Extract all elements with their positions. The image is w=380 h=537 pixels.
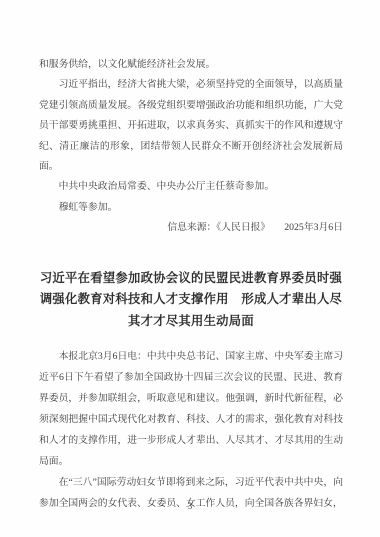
headline-line-3: 其才才尽其用生动局面 (39, 311, 343, 333)
page-number: 3 (0, 501, 380, 511)
article-body-paragraph: 本报北京3月6日电：中共中央总书记、国家主席、中央军委主席习近平6日下午看望了参… (39, 346, 343, 472)
intro-paragraph-continuation: 和服务供给，以文化赋能经济社会发展。 (39, 55, 343, 75)
document-page: 和服务供给，以文化赋能经济社会发展。 习近平指出，经济大省挑大梁，必须坚持党的全… (0, 0, 380, 537)
source-date: 2025年3月6日 (284, 222, 343, 233)
source-label: 信息来源：《人民日报》 (167, 222, 270, 233)
headline-line-2: 调强化教育对科技和人才支撑作用 形成人才辈出人尽 (39, 289, 343, 311)
source-line: 信息来源：《人民日报》2025年3月6日 (39, 218, 343, 238)
headline-line-1: 习近平在看望参加政协会议的民盟民进教育界委员时强 (39, 268, 343, 290)
intro-paragraph: 习近平指出，经济大省挑大梁，必须坚持党的全面领导，以高质量党建引领高质量发展。各… (39, 75, 343, 177)
article-headline: 习近平在看望参加政协会议的民盟民进教育界委员时强 调强化教育对科技和人才支撑作用… (39, 268, 343, 333)
attendees-paragraph: 中共中央政治局常委、中央办公厅主任蔡奇参加。 (39, 177, 343, 197)
attendees-paragraph-2: 穆虹等参加。 (39, 198, 343, 218)
text-block: 和服务供给，以文化赋能经济社会发展。 习近平指出，经济大省挑大梁，必须坚持党的全… (39, 55, 343, 514)
